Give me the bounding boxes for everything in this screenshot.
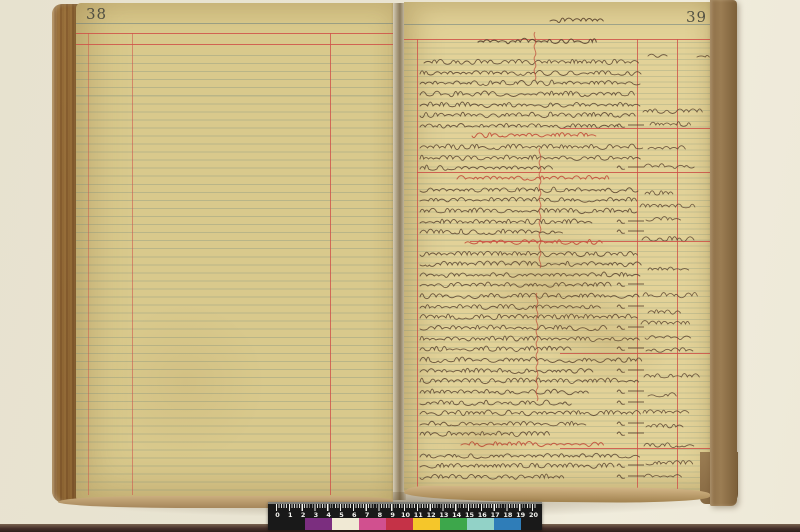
- left-page-header-line: [76, 23, 393, 24]
- left-page-stain: [106, 303, 266, 463]
- red-separator-line: [560, 448, 712, 449]
- amount-entry: [646, 338, 690, 357]
- red-separator-line: [470, 241, 712, 242]
- red-heading-row: [420, 130, 642, 141]
- color-patch: [413, 518, 440, 530]
- left-page-margin-line-1: [88, 33, 89, 495]
- script-row: [420, 216, 642, 227]
- script-row: [420, 99, 642, 110]
- color-patches: [305, 518, 521, 530]
- red-separator-line: [417, 172, 712, 173]
- left-page-margin-line-3: [330, 33, 331, 495]
- script-row: [420, 365, 642, 376]
- color-patch: [494, 518, 521, 530]
- color-patch: [440, 518, 467, 530]
- right-page-margin-line: [417, 39, 418, 489]
- ruler-major-ticks: [276, 504, 536, 511]
- script-row: [420, 290, 642, 301]
- script-row: [420, 354, 642, 365]
- script-row: [420, 67, 642, 78]
- script-row: [420, 184, 642, 195]
- script-row: [420, 141, 642, 152]
- left-page-ruled-lines: [76, 55, 393, 497]
- script-row: [420, 460, 642, 471]
- color-patch: [305, 518, 332, 530]
- amount-entry: [644, 464, 674, 483]
- script-row: [420, 269, 642, 280]
- left-page: 38: [76, 3, 393, 500]
- script-row: [420, 386, 642, 397]
- amount-entry: [648, 257, 684, 276]
- script-row: [420, 301, 642, 312]
- book-cover-edge: [710, 0, 737, 506]
- red-separator-line: [560, 128, 712, 129]
- amount-entry: [646, 414, 680, 433]
- script-row: [420, 258, 642, 269]
- handwritten-invocation: [550, 8, 598, 27]
- handwritten-text-block: [420, 56, 642, 482]
- script-row: [420, 428, 642, 439]
- amount-entry: [644, 154, 692, 173]
- rupee-column-mark: [697, 44, 709, 63]
- left-page-red-line-2: [76, 44, 393, 45]
- script-row: [420, 311, 642, 322]
- script-row: [420, 248, 642, 259]
- script-row: [420, 418, 642, 429]
- script-row: [420, 322, 642, 333]
- script-row: [420, 194, 642, 205]
- script-row: [420, 109, 642, 120]
- script-row: [420, 333, 642, 344]
- script-row: [420, 450, 642, 461]
- red-correction-squiggle: [532, 32, 539, 80]
- script-row: [420, 226, 642, 237]
- color-calibration-ruler: 01234567891011121314151617181920: [268, 502, 542, 530]
- script-row: [420, 471, 642, 482]
- left-page-margin-line-2: [132, 33, 133, 495]
- amount-entry: [644, 433, 686, 452]
- script-row: [420, 205, 642, 216]
- script-row: [420, 279, 642, 290]
- left-page-stack-edge: [52, 4, 79, 503]
- script-row: [420, 56, 642, 67]
- script-row: [420, 407, 642, 418]
- script-row: [420, 77, 642, 88]
- red-heading-row: [420, 173, 642, 184]
- color-patch: [386, 518, 413, 530]
- script-row: [420, 375, 642, 386]
- scanned-ledger-photo: 38 39 01234567891011121314151617181920: [0, 0, 800, 532]
- ruler-number: 20: [529, 511, 538, 519]
- amount-entry: [642, 227, 688, 246]
- color-patch: [359, 518, 386, 530]
- script-row: [420, 152, 642, 163]
- script-row: [420, 397, 642, 408]
- color-patch: [332, 518, 359, 530]
- rupee-column-mark: [648, 43, 664, 62]
- red-separator-line: [560, 353, 712, 354]
- amount-entry: [644, 364, 692, 383]
- ruler-number: 1: [288, 511, 293, 519]
- left-page-red-line-1: [76, 33, 393, 34]
- script-row: [420, 88, 642, 99]
- red-heading-row: [420, 237, 642, 248]
- left-page-number: 38: [86, 5, 107, 23]
- red-correction-squiggle: [534, 293, 541, 397]
- ruler-number: 0: [275, 511, 280, 519]
- amount-entry: [646, 207, 678, 226]
- right-page-number: 39: [686, 8, 707, 26]
- amount-entry: [648, 136, 678, 155]
- color-patch: [467, 518, 494, 530]
- red-correction-squiggle: [537, 148, 544, 272]
- right-page: 39: [404, 2, 712, 491]
